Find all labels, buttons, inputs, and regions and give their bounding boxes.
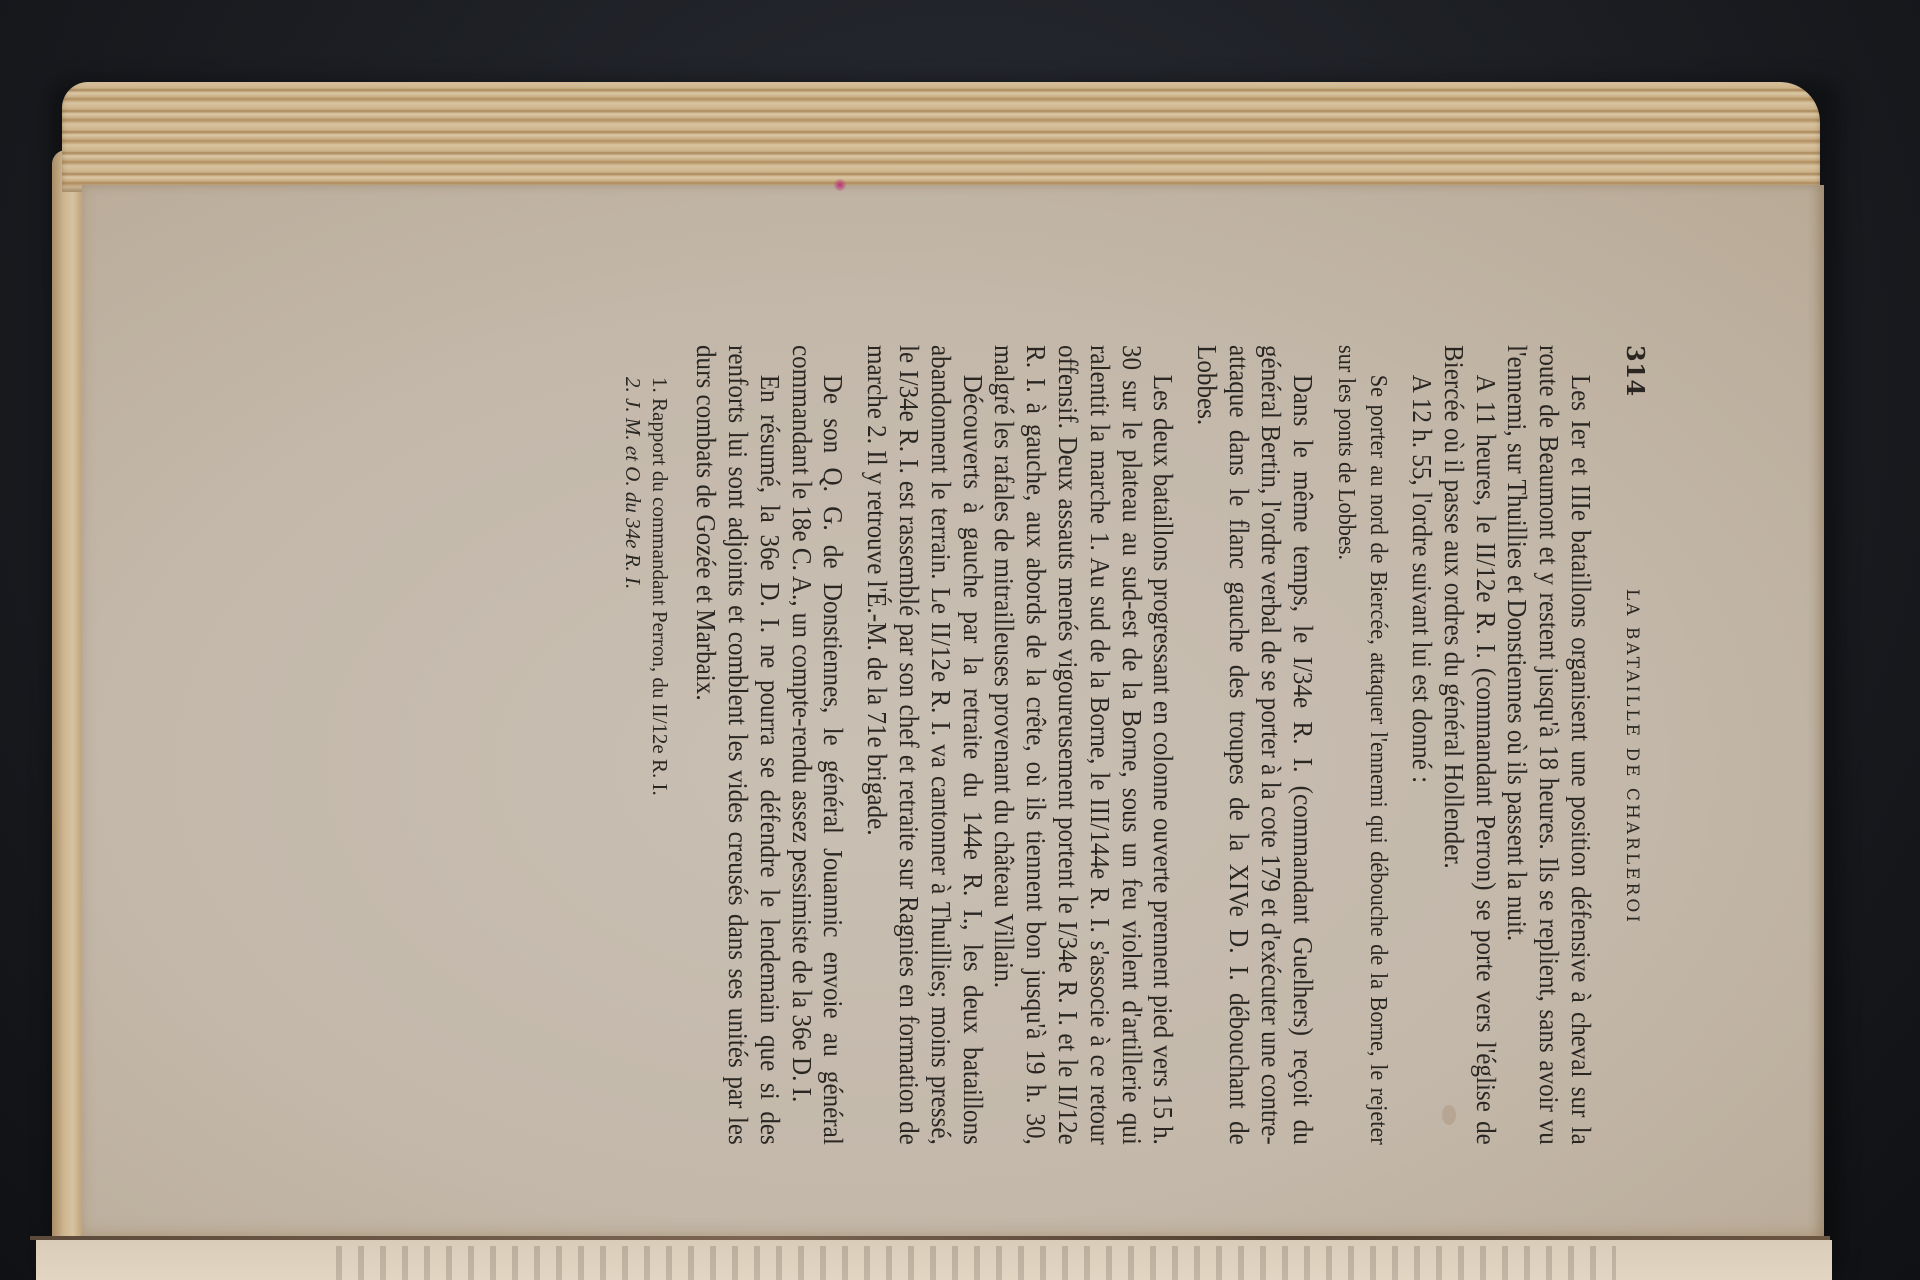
paragraph: A 11 heures, le II/12e R. I. (commandant… — [1437, 345, 1501, 1145]
footnote-marker: 1. — [648, 377, 672, 393]
page-number: 314 — [1621, 345, 1650, 397]
footnote: 1. Rapport du commandant Perron, du II/1… — [646, 377, 673, 1145]
paragraph: Découverts à gauche par la retraite du 1… — [860, 345, 987, 1145]
paragraph: Les Ier et IIIe bataillons organisent un… — [1501, 345, 1596, 1145]
page-text-block: 314 LA BATAILLE DE CHARLEROI Les Ier et … — [270, 345, 1650, 1145]
footnote-text: Rapport du commandant Perron, du II/12e … — [648, 398, 672, 796]
running-title: LA BATAILLE DE CHARLEROI — [1622, 589, 1642, 925]
paragraph: De son Q. G. de Donstiennes, le général … — [785, 345, 849, 1145]
paragraph: A 12 h. 55, l'ordre suivant lui est donn… — [1405, 345, 1437, 1145]
page-edge-left — [52, 150, 82, 1240]
body-text: Les Ier et IIIe bataillons organisent un… — [689, 345, 1596, 1145]
ink-mark — [834, 178, 846, 192]
footnote-marker: 2. — [621, 377, 645, 393]
paragraph: En résumé, la 36e D. I. ne pourra se déf… — [689, 345, 784, 1145]
page-edges-stack — [62, 82, 1820, 192]
footnote-text: J. M. et O. du 34e R. I. — [621, 398, 645, 589]
paragraph: Dans le même temps, le I/34e R. I. (comm… — [1190, 345, 1317, 1145]
footnotes: 1. Rapport du commandant Perron, du II/1… — [619, 345, 673, 1145]
footnote: 2. J. M. et O. du 34e R. I. — [619, 377, 646, 1145]
paragraph: Les deux bataillons progressant en colon… — [988, 345, 1179, 1145]
running-head: 314 LA BATAILLE DE CHARLEROI — [1614, 345, 1650, 1145]
next-page-text-ghost — [336, 1246, 1616, 1280]
order-quote: Se porter au nord de Biercée, attaquer l… — [1330, 345, 1394, 1145]
next-page-edge — [36, 1240, 1832, 1280]
